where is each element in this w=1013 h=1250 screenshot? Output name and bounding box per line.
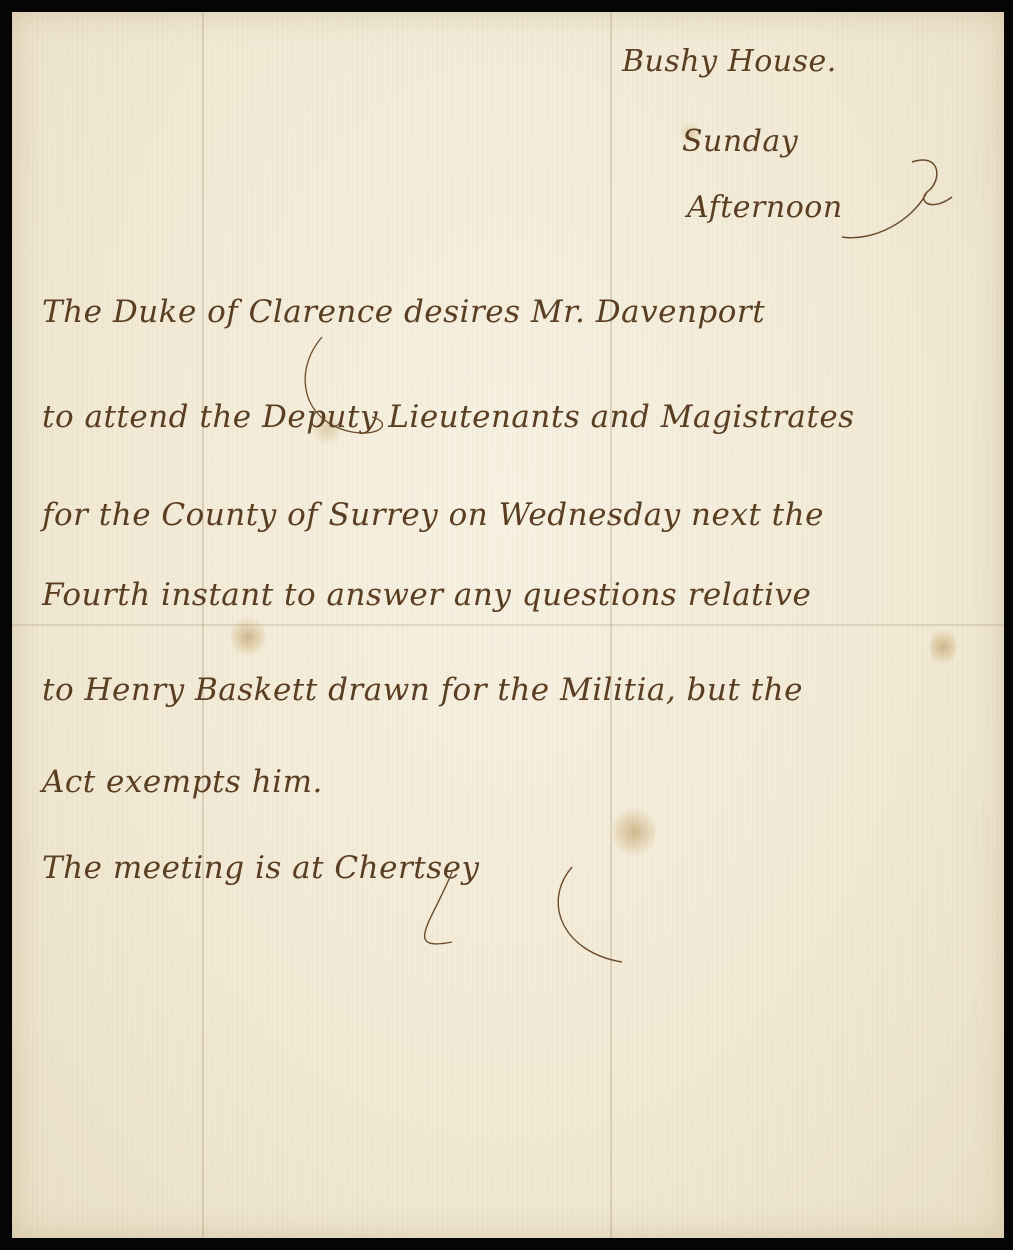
heading-place: Bushy House. — [622, 44, 837, 79]
letter-sheet: Bushy House. Sunday Afternoon The Duke o… — [12, 12, 1004, 1238]
flourish-underline — [392, 862, 632, 972]
heading-day: Sunday — [682, 124, 798, 159]
heading-time: Afternoon — [687, 190, 843, 225]
letter-line: to attend the Deputy Lieutenants and Mag… — [42, 399, 855, 435]
foxing-stain — [230, 617, 266, 657]
foxing-stain — [612, 807, 656, 857]
letter-line: The Duke of Clarence desires Mr. Davenpo… — [42, 294, 765, 330]
foxing-stain — [930, 627, 956, 667]
letter-line: Fourth instant to answer any questions r… — [42, 577, 811, 613]
letter-line: Act exempts him. — [42, 764, 323, 800]
letter-line: to Henry Baskett drawn for the Militia, … — [42, 672, 803, 708]
flourish-brace — [832, 152, 962, 262]
letter-line: for the County of Surrey on Wednesday ne… — [42, 497, 824, 533]
fold-line — [12, 624, 1004, 626]
flourish-loop — [292, 332, 412, 452]
